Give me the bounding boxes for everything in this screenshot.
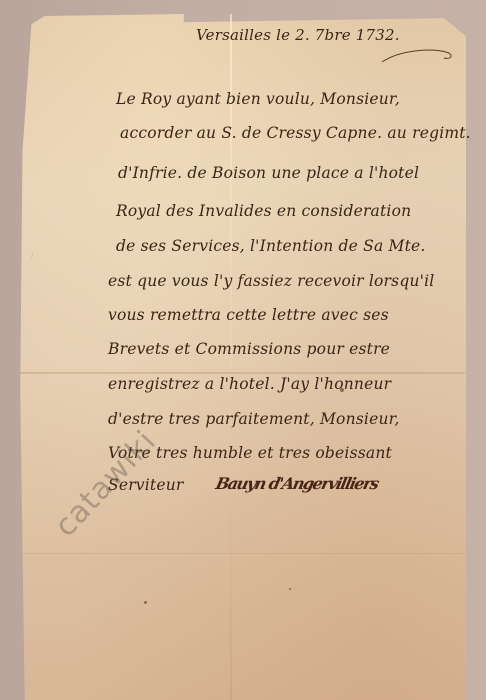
lower-fold-line: [20, 553, 465, 554]
horizontal-fold-line: [20, 372, 465, 374]
letter-line-5: de ses Services, l'Intention de Sa Mte.: [116, 237, 426, 255]
letter-line-3: d'Infrie. de Boison une place a l'hotel: [118, 164, 419, 182]
letter-line-9: enregistrez a l'hotel. J'ay l'honneur: [108, 375, 391, 393]
date-flourish-icon: [380, 46, 460, 66]
signature: Bauyn d'Angervilliers: [214, 474, 380, 493]
letter-line-1: Le Roy ayant bien voulu, Monsieur,: [116, 90, 400, 108]
letter-line-2: accorder au S. de Cressy Capne. au regim…: [120, 124, 471, 142]
dateline: Versailles le 2. 7bre 1732.: [196, 26, 400, 44]
ink-spot: [289, 588, 291, 590]
letter-line-7: vous remettra cette lettre avec ses: [108, 306, 389, 324]
ink-spot: [144, 601, 147, 604]
letter-line-6: est que vous l'y fassiez recevoir lorsqu…: [108, 272, 434, 290]
letter-line-8: Brevets et Commissions pour estre: [108, 340, 390, 358]
ink-spot: [340, 388, 344, 392]
margin-annotation: ...: [26, 251, 35, 259]
letter-line-4: Royal des Invalides en consideration: [116, 202, 411, 220]
letter-line-10: d'estre tres parfaitement, Monsieur,: [108, 410, 400, 428]
